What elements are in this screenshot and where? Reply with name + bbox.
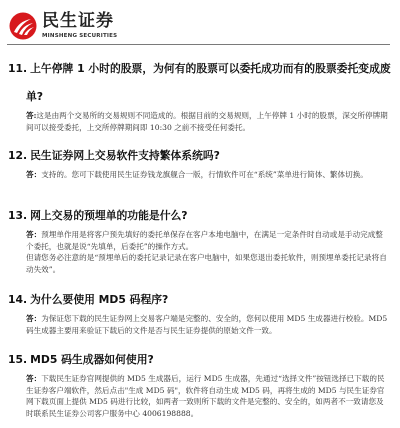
faq-number: 11. <box>8 62 27 75</box>
faq-question: 13.网上交易的预埋单的功能是什么? <box>0 206 400 226</box>
answer-text: 支持的。您可下载使用民生证券钱龙旗舰合一版，行情软件可在“系统”菜单进行简体、繁… <box>41 170 368 179</box>
faq-number: 14. <box>8 293 27 306</box>
answer-label: 答 <box>26 314 34 323</box>
faq-answer: 答:这是由两个交易所的交易规则不同造成的。根据目前的交易规则，上午停牌 1 小时… <box>0 110 400 133</box>
faq-question: 15.MD5 码生成器如何使用? <box>0 350 400 370</box>
faq-item-13: 13.网上交易的预埋单的功能是什么? 答：预埋单作用是将客户预先填好的委托单保存… <box>0 206 400 275</box>
answer-text: 下载民生证券官网提供的 MD5 生成器后，运行 MD5 生成器，先通过“选择文件… <box>26 374 385 418</box>
faq-item-11: 11.上午停牌 1 小时的股票，为何有的股票可以委托成功而有的股票委托变成废 单… <box>0 59 400 133</box>
brand-wordmark: 民生证券 MINSHENG SECURITIES <box>42 11 117 40</box>
faq-question-text: 上午停牌 1 小时的股票，为何有的股票可以委托成功而有的股票委托变成废 <box>30 62 391 75</box>
faq-number: 13. <box>8 209 27 222</box>
faq-answer: 答：预埋单作用是将客户预先填好的委托单保存在客户本地电脑中，在满足一定条件时自动… <box>0 229 400 275</box>
answer-note: 但请您务必注意的是“预埋单后的委托记录记录在客户电脑中，如果您退出委托软件，则预… <box>26 252 390 275</box>
answer-label: 答 <box>26 170 34 179</box>
answer-label: 答 <box>26 374 34 383</box>
answer-text: 预埋单作用是将客户预先填好的委托单保存在客户本地电脑中，在满足一定条件时自动或是… <box>26 230 383 251</box>
faq-question-text: 网上交易的预埋单的功能是什么? <box>30 209 187 222</box>
faq-question-text: MD5 码生成器如何使用? <box>30 353 154 366</box>
faq-item-15: 15.MD5 码生成器如何使用? 答：下载民生证券官网提供的 MD5 生成器后，… <box>0 350 400 419</box>
faq-number: 15. <box>8 353 27 366</box>
faq-number: 12. <box>8 149 27 162</box>
answer-text: 为保证您下载的民生证券网上交易客户端是完整的、安全的，您何以使用 MD5 生成器… <box>26 314 387 335</box>
faq-question-text: 民生证券网上交易软件支持繁体系统吗? <box>30 149 220 162</box>
faq-question: 12.民生证券网上交易软件支持繁体系统吗? <box>0 146 400 166</box>
brand-name-cn: 民生证券 <box>42 11 117 31</box>
faq-question-continuation: 单? <box>8 87 392 107</box>
faq-answer: 答：支持的。您可下载使用民生证券钱龙旗舰合一版，行情软件可在“系统”菜单进行简体… <box>0 169 400 181</box>
answer-text: 这是由两个交易所的交易规则不同造成的。根据目前的交易规则，上午停牌 1 小时的股… <box>26 111 388 132</box>
document-header: 民生证券 MINSHENG SECURITIES <box>0 0 400 46</box>
faq-question: 11.上午停牌 1 小时的股票，为何有的股票可以委托成功而有的股票委托变成废 单… <box>0 59 400 107</box>
faq-item-14: 14.为什么要使用 MD5 码程序? 答：为保证您下载的民生证券网上交易客户端是… <box>0 290 400 336</box>
minsheng-logo-icon <box>9 12 37 40</box>
faq-answer: 答：下载民生证券官网提供的 MD5 生成器后，运行 MD5 生成器，先通过“选择… <box>0 373 400 419</box>
header-divider <box>7 44 390 45</box>
faq-item-12: 12.民生证券网上交易软件支持繁体系统吗? 答：支持的。您可下载使用民生证券钱龙… <box>0 146 400 181</box>
faq-question: 14.为什么要使用 MD5 码程序? <box>0 290 400 310</box>
answer-label: 答 <box>26 111 34 120</box>
answer-label: 答 <box>26 230 34 239</box>
brand-name-en: MINSHENG SECURITIES <box>42 32 117 40</box>
faq-question-text: 为什么要使用 MD5 码程序? <box>30 293 168 306</box>
faq-answer: 答：为保证您下载的民生证券网上交易客户端是完整的、安全的，您何以使用 MD5 生… <box>0 313 400 336</box>
